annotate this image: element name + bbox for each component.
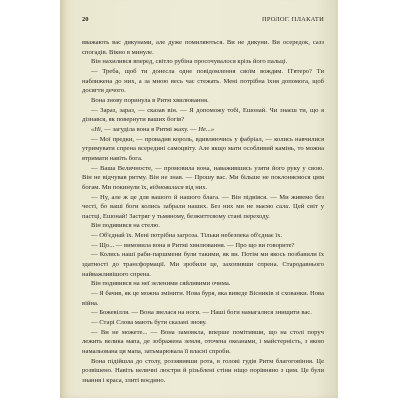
page-number: 20 [82,16,89,23]
italic-text: «Ні, [91,126,103,133]
paragraph: Вона знову поринула в Ритм хвилювання. [82,96,324,106]
book-page: 20 ПРОЛОГ. ПЛАКАТИ вважають вас дикунами… [60,0,338,398]
paragraph: Він подивився на стелю. [82,221,324,231]
paragraph: — Мої предки, — провадив король, вдивляю… [82,135,324,164]
paragraph: Він нахилився вперед, світло рубіна прос… [82,57,324,67]
italic-text: Не...» [198,126,214,133]
paragraph: — Старі Слова мають бути сказані знову. [82,318,324,328]
spine-shadow [60,0,68,398]
paragraph: — Ваша Величносте, — промовила вона, нав… [82,164,324,193]
paragraph: — Що... — вимовила вона в Ритмі хвилюван… [82,241,324,251]
italic-text: сили [276,203,288,210]
paragraph: — Колись наші раби-паршмени були такими,… [82,250,324,279]
text-run: від них. [184,184,208,191]
paragraph: — Ви не можете... — Вона замовкла, вперш… [82,328,324,357]
paragraph: — Треба, щоб ти донесла одне повідомленн… [82,67,324,96]
page-header: 20 ПРОЛОГ. ПЛАКАТИ [82,16,324,28]
chapter-running-head: ПРОЛОГ. ПЛАКАТИ [262,16,324,23]
paragraph: — Об'єднай їх. Мені потрібна загроза. Ті… [82,231,324,241]
paragraph: Він подивився на неї зеленими сяйливими … [82,279,324,289]
paragraph: — Зараз, зараз, — сказав він. — Я допомо… [82,106,324,125]
body-text: вважають вас дикунами, але дуже помиляют… [82,38,324,386]
italic-text: відмовилися [150,184,184,191]
paragraph: — Я бачив, як це можна змінити. Нова бур… [82,289,324,308]
paragraph: — Ну, але ж це для вашого й нашого блага… [82,193,324,222]
paragraph: вважають вас дикунами, але дуже помиляют… [82,38,324,57]
paragraph: «Ні, — загуділа вона в Ритмі жаху. — Не.… [82,125,324,135]
text-run: — загуділа вона в Ритмі жаху. — [103,126,199,133]
paragraph: Вона підійшла до столу, роззявивши рота,… [82,357,324,386]
paragraph: — Божевілля. — Вона звелася на ноги. — Н… [82,308,324,318]
